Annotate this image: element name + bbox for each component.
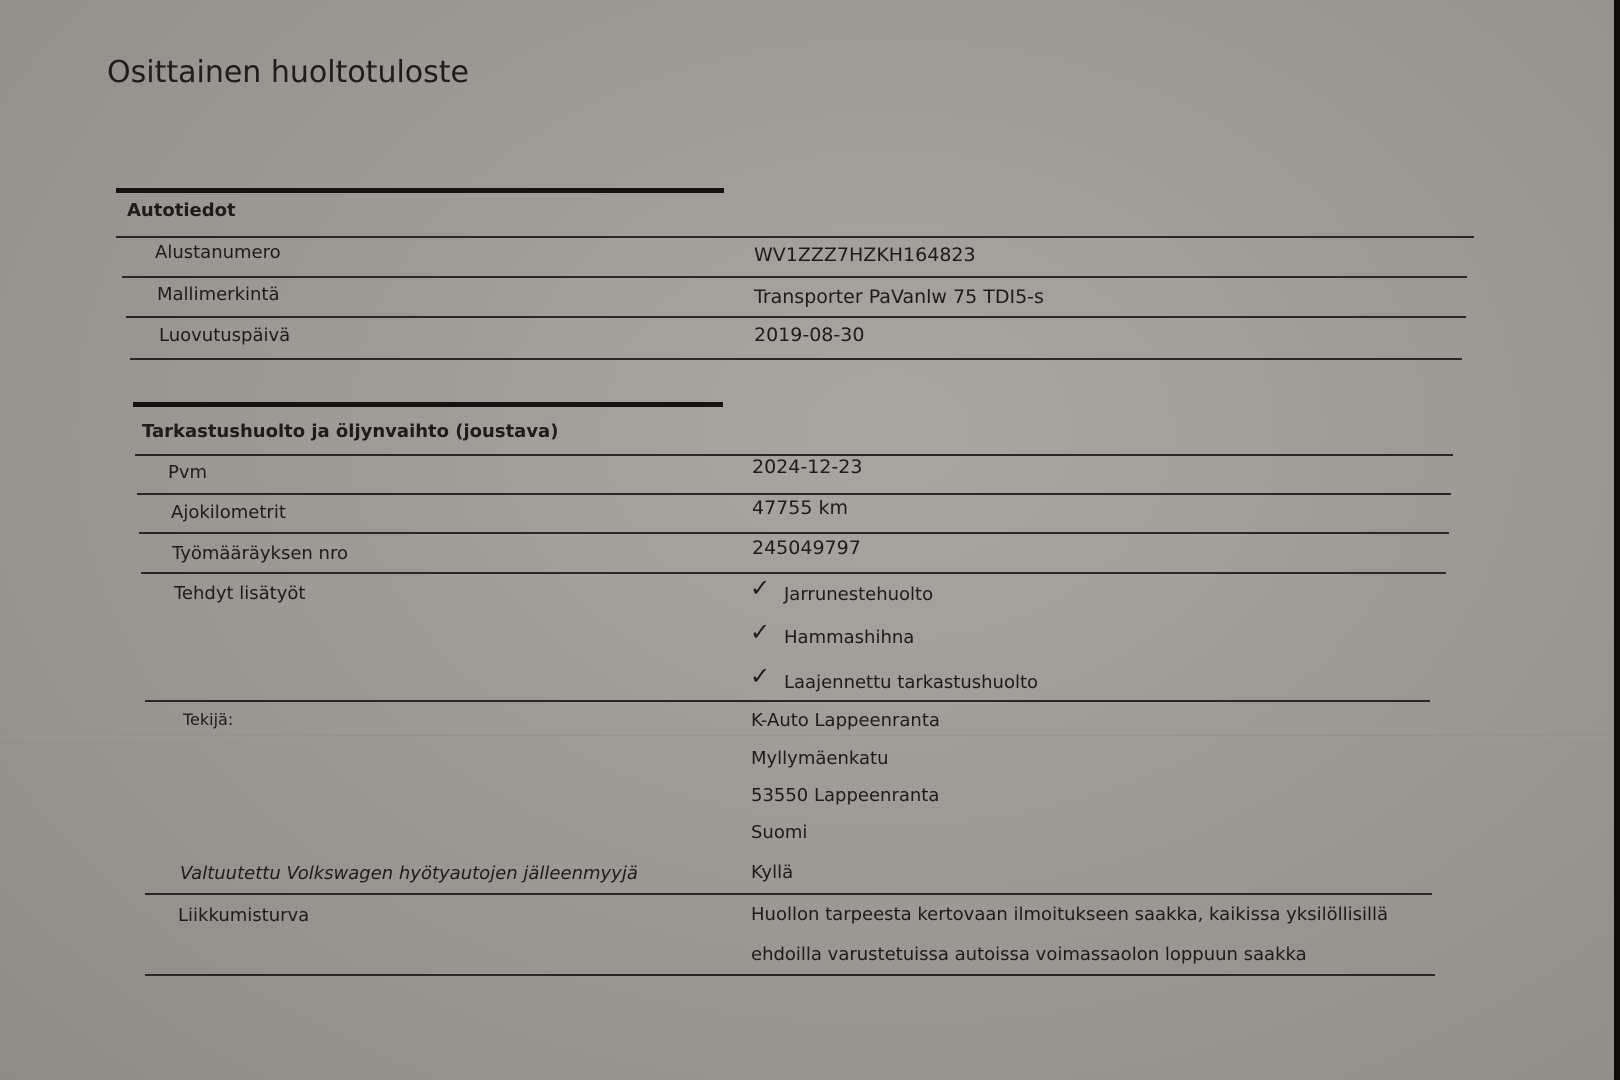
row-divider (139, 532, 1449, 534)
row-divider (130, 358, 1462, 360)
row-divider (145, 700, 1430, 702)
service-printout-paper: Osittainen huoltotuloste Autotiedot Alus… (0, 0, 1614, 1080)
mileage-value: 47755 km (752, 497, 848, 519)
authorized-dealer-label: Valtuutettu Volkswagen hyötyautojen jäll… (180, 863, 638, 884)
performer-line: Myllymäenkatu (751, 748, 889, 769)
vin-value: WV1ZZZ7HZKH164823 (754, 244, 976, 266)
delivery-date-label: Luovutuspäivä (159, 325, 290, 346)
extra-work-item: Hammashihna (784, 627, 914, 648)
performer-line: 53550 Lappeenranta (751, 785, 939, 806)
document-title: Osittainen huoltotuloste (107, 55, 469, 90)
date-label: Pvm (168, 462, 207, 483)
row-divider (122, 276, 1467, 278)
model-label: Mallimerkintä (157, 284, 280, 305)
row-divider (141, 572, 1446, 574)
delivery-date-value: 2019-08-30 (754, 324, 864, 346)
section-divider (116, 188, 724, 193)
row-divider (145, 974, 1435, 976)
work-order-value: 245049797 (752, 537, 861, 559)
performer-label: Tekijä: (183, 710, 233, 729)
model-value: Transporter PaVanlw 75 TDI5-s (754, 286, 1044, 308)
performer-line: K-Auto Lappeenranta (751, 710, 940, 731)
extra-work-item: Jarrunestehuolto (784, 584, 933, 605)
mobility-label: Liikkumisturva (178, 905, 309, 926)
performer-line: Suomi (751, 822, 807, 843)
check-icon: ✓ (750, 662, 770, 690)
section-heading-vehicle: Autotiedot (127, 200, 236, 221)
check-icon: ✓ (750, 574, 770, 602)
mobility-value-line: ehdoilla varustetuissa autoissa voimassa… (751, 944, 1307, 965)
row-divider (126, 316, 1466, 318)
row-divider (116, 236, 1474, 238)
check-icon: ✓ (750, 618, 770, 646)
section-divider (133, 402, 723, 407)
authorized-dealer-value: Kyllä (751, 862, 793, 883)
date-value: 2024-12-23 (752, 456, 862, 478)
mileage-label: Ajokilometrit (171, 502, 286, 523)
extra-work-label: Tehdyt lisätyöt (174, 583, 305, 604)
mobility-value-line: Huollon tarpeesta kertovaan ilmoitukseen… (751, 904, 1388, 925)
row-divider (145, 893, 1432, 895)
work-order-label: Työmääräyksen nro (172, 543, 348, 564)
section-heading-service: Tarkastushuolto ja öljynvaihto (joustava… (142, 421, 558, 442)
extra-work-item: Laajennettu tarkastushuolto (784, 672, 1038, 693)
vin-label: Alustanumero (155, 242, 281, 263)
row-divider (137, 493, 1451, 495)
